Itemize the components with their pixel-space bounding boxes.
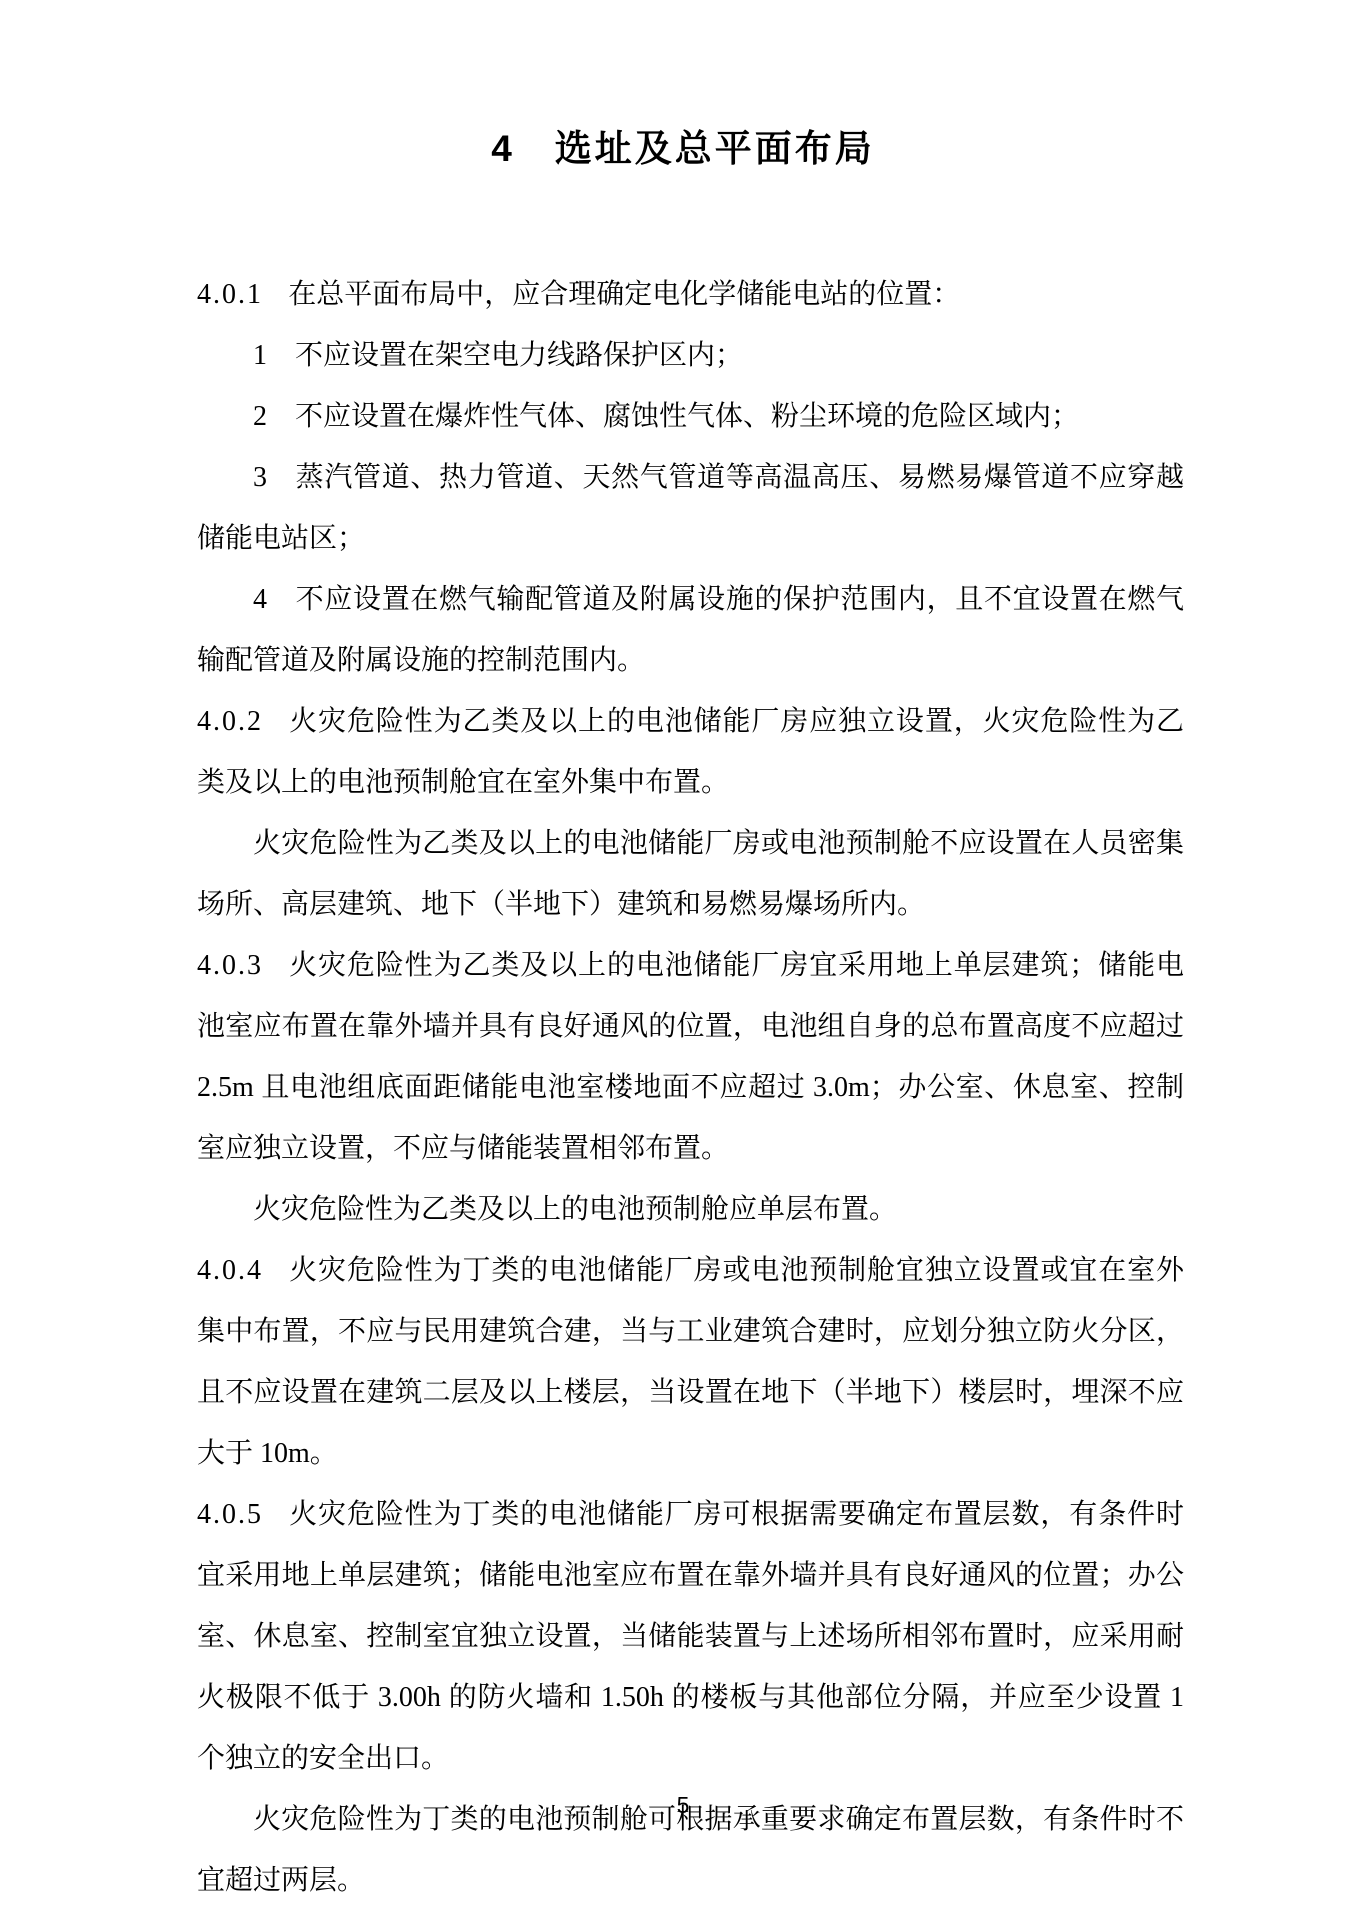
clause-4-0-5: 4.0.5火灾危险性为丁类的电池储能厂房可根据需要确定布置层数，有条件时宜采用地…	[197, 1484, 1184, 1789]
clause-number: 4.0.5	[197, 1499, 263, 1530]
item-number: 3	[253, 462, 267, 493]
paragraph-text: 火灾危险性为乙类及以上的电池预制舱应单层布置。	[253, 1194, 897, 1225]
clause-text: 在总平面布局中，应合理确定电化学储能电站的位置：	[288, 279, 960, 310]
clause-4-0-1-item-1: 1不应设置在架空电力线路保护区内；	[197, 325, 1184, 386]
document-body: 4.0.1在总平面布局中，应合理确定电化学储能电站的位置： 1不应设置在架空电力…	[197, 264, 1184, 1911]
clause-text: 火灾危险性为丁类的电池储能厂房或电池预制舱宜独立设置或宜在室外集中布置，不应与民…	[197, 1255, 1184, 1469]
clause-text: 火灾危险性为乙类及以上的电池储能厂房宜采用地上单层建筑；储能电池室应布置在靠外墙…	[197, 950, 1184, 1164]
clause-text: 火灾危险性为丁类的电池储能厂房可根据需要确定布置层数，有条件时宜采用地上单层建筑…	[197, 1499, 1184, 1774]
item-number: 1	[253, 340, 267, 371]
clause-number: 4.0.3	[197, 950, 263, 981]
item-number: 2	[253, 401, 267, 432]
clause-4-0-1-item-2: 2不应设置在爆炸性气体、腐蚀性气体、粉尘环境的危险区域内；	[197, 386, 1184, 447]
section-title: 4 选址及总平面布局	[0, 0, 1366, 172]
page-number: 5	[0, 1792, 1366, 1819]
clause-4-0-1: 4.0.1在总平面布局中，应合理确定电化学储能电站的位置：	[197, 264, 1184, 325]
item-text: 蒸汽管道、热力管道、天然气管道等高温高压、易燃易爆管道不应穿越储能电站区；	[197, 462, 1184, 554]
paragraph-text: 火灾危险性为乙类及以上的电池储能厂房或电池预制舱不应设置在人员密集场所、高层建筑…	[197, 828, 1184, 920]
clause-4-0-1-item-3: 3蒸汽管道、热力管道、天然气管道等高温高压、易燃易爆管道不应穿越储能电站区；	[197, 447, 1184, 569]
clause-text: 火灾危险性为乙类及以上的电池储能厂房应独立设置，火灾危险性为乙类及以上的电池预制…	[197, 706, 1184, 798]
item-text: 不应设置在架空电力线路保护区内；	[295, 340, 743, 371]
clause-number: 4.0.2	[197, 706, 263, 737]
clause-4-0-2-para-2: 火灾危险性为乙类及以上的电池储能厂房或电池预制舱不应设置在人员密集场所、高层建筑…	[197, 813, 1184, 935]
clause-4-0-3-para-2: 火灾危险性为乙类及以上的电池预制舱应单层布置。	[197, 1179, 1184, 1240]
item-number: 4	[253, 584, 267, 615]
clause-4-0-2: 4.0.2火灾危险性为乙类及以上的电池储能厂房应独立设置，火灾危险性为乙类及以上…	[197, 691, 1184, 813]
clause-number: 4.0.4	[197, 1255, 263, 1286]
item-text: 不应设置在爆炸性气体、腐蚀性气体、粉尘环境的危险区域内；	[295, 401, 1079, 432]
clause-number: 4.0.1	[197, 279, 263, 310]
item-text: 不应设置在燃气输配管道及附属设施的保护范围内，且不宜设置在燃气输配管道及附属设施…	[197, 584, 1184, 676]
clause-4-0-3: 4.0.3火灾危险性为乙类及以上的电池储能厂房宜采用地上单层建筑；储能电池室应布…	[197, 935, 1184, 1179]
clause-4-0-4: 4.0.4火灾危险性为丁类的电池储能厂房或电池预制舱宜独立设置或宜在室外集中布置…	[197, 1240, 1184, 1484]
document-page: 4 选址及总平面布局 4.0.1在总平面布局中，应合理确定电化学储能电站的位置：…	[0, 0, 1366, 1924]
clause-4-0-1-item-4: 4不应设置在燃气输配管道及附属设施的保护范围内，且不宜设置在燃气输配管道及附属设…	[197, 569, 1184, 691]
